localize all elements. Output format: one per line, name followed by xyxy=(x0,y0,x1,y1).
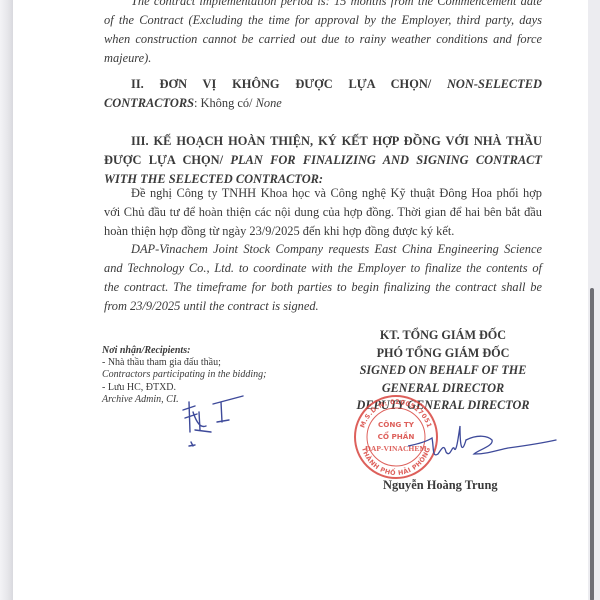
handwritten-signature-icon xyxy=(408,418,558,468)
recipient-item: - Nhà thầu tham gia đấu thầu; xyxy=(102,357,302,369)
left-gutter xyxy=(0,0,13,600)
signer-name: Nguyễn Hoàng Trung xyxy=(383,478,498,493)
document-page: The contract implementation period is: 1… xyxy=(13,0,588,600)
section-2-value: CONTRACTORS: Không có/ None xyxy=(104,94,542,113)
vietnamese-request-paragraph: Đề nghị Công ty TNHH Khoa học và Công ng… xyxy=(104,184,542,241)
intro-line: The contract implementation period is: 1… xyxy=(104,0,542,11)
intro-line: when construction cannot be carried out … xyxy=(104,30,542,49)
initials-signature-icon xyxy=(173,390,248,455)
section-3-heading: III. KẾ HOẠCH HOÀN THIỆN, KÝ KẾT HỢP ĐỒN… xyxy=(104,132,542,189)
intro-line: majeure). xyxy=(104,49,542,68)
section-2-heading: II. ĐƠN VỊ KHÔNG ĐƯỢC LỰA CHỌN/ NON-SELE… xyxy=(104,75,542,94)
section-2-non-selected-contractors: II. ĐƠN VỊ KHÔNG ĐƯỢC LỰA CHỌN/ NON-SELE… xyxy=(104,75,542,113)
contract-period-paragraph: The contract implementation period is: 1… xyxy=(104,0,542,68)
recipients-title: Nơi nhận/Recipients: xyxy=(102,345,302,357)
vertical-scrollbar-thumb[interactable] xyxy=(590,288,594,600)
intro-line: of the Contract (Excluding the time for … xyxy=(104,11,542,30)
english-request-paragraph: DAP-Vinachem Joint Stock Company request… xyxy=(104,240,542,316)
recipient-item: Contractors participating in the bidding… xyxy=(102,369,302,381)
